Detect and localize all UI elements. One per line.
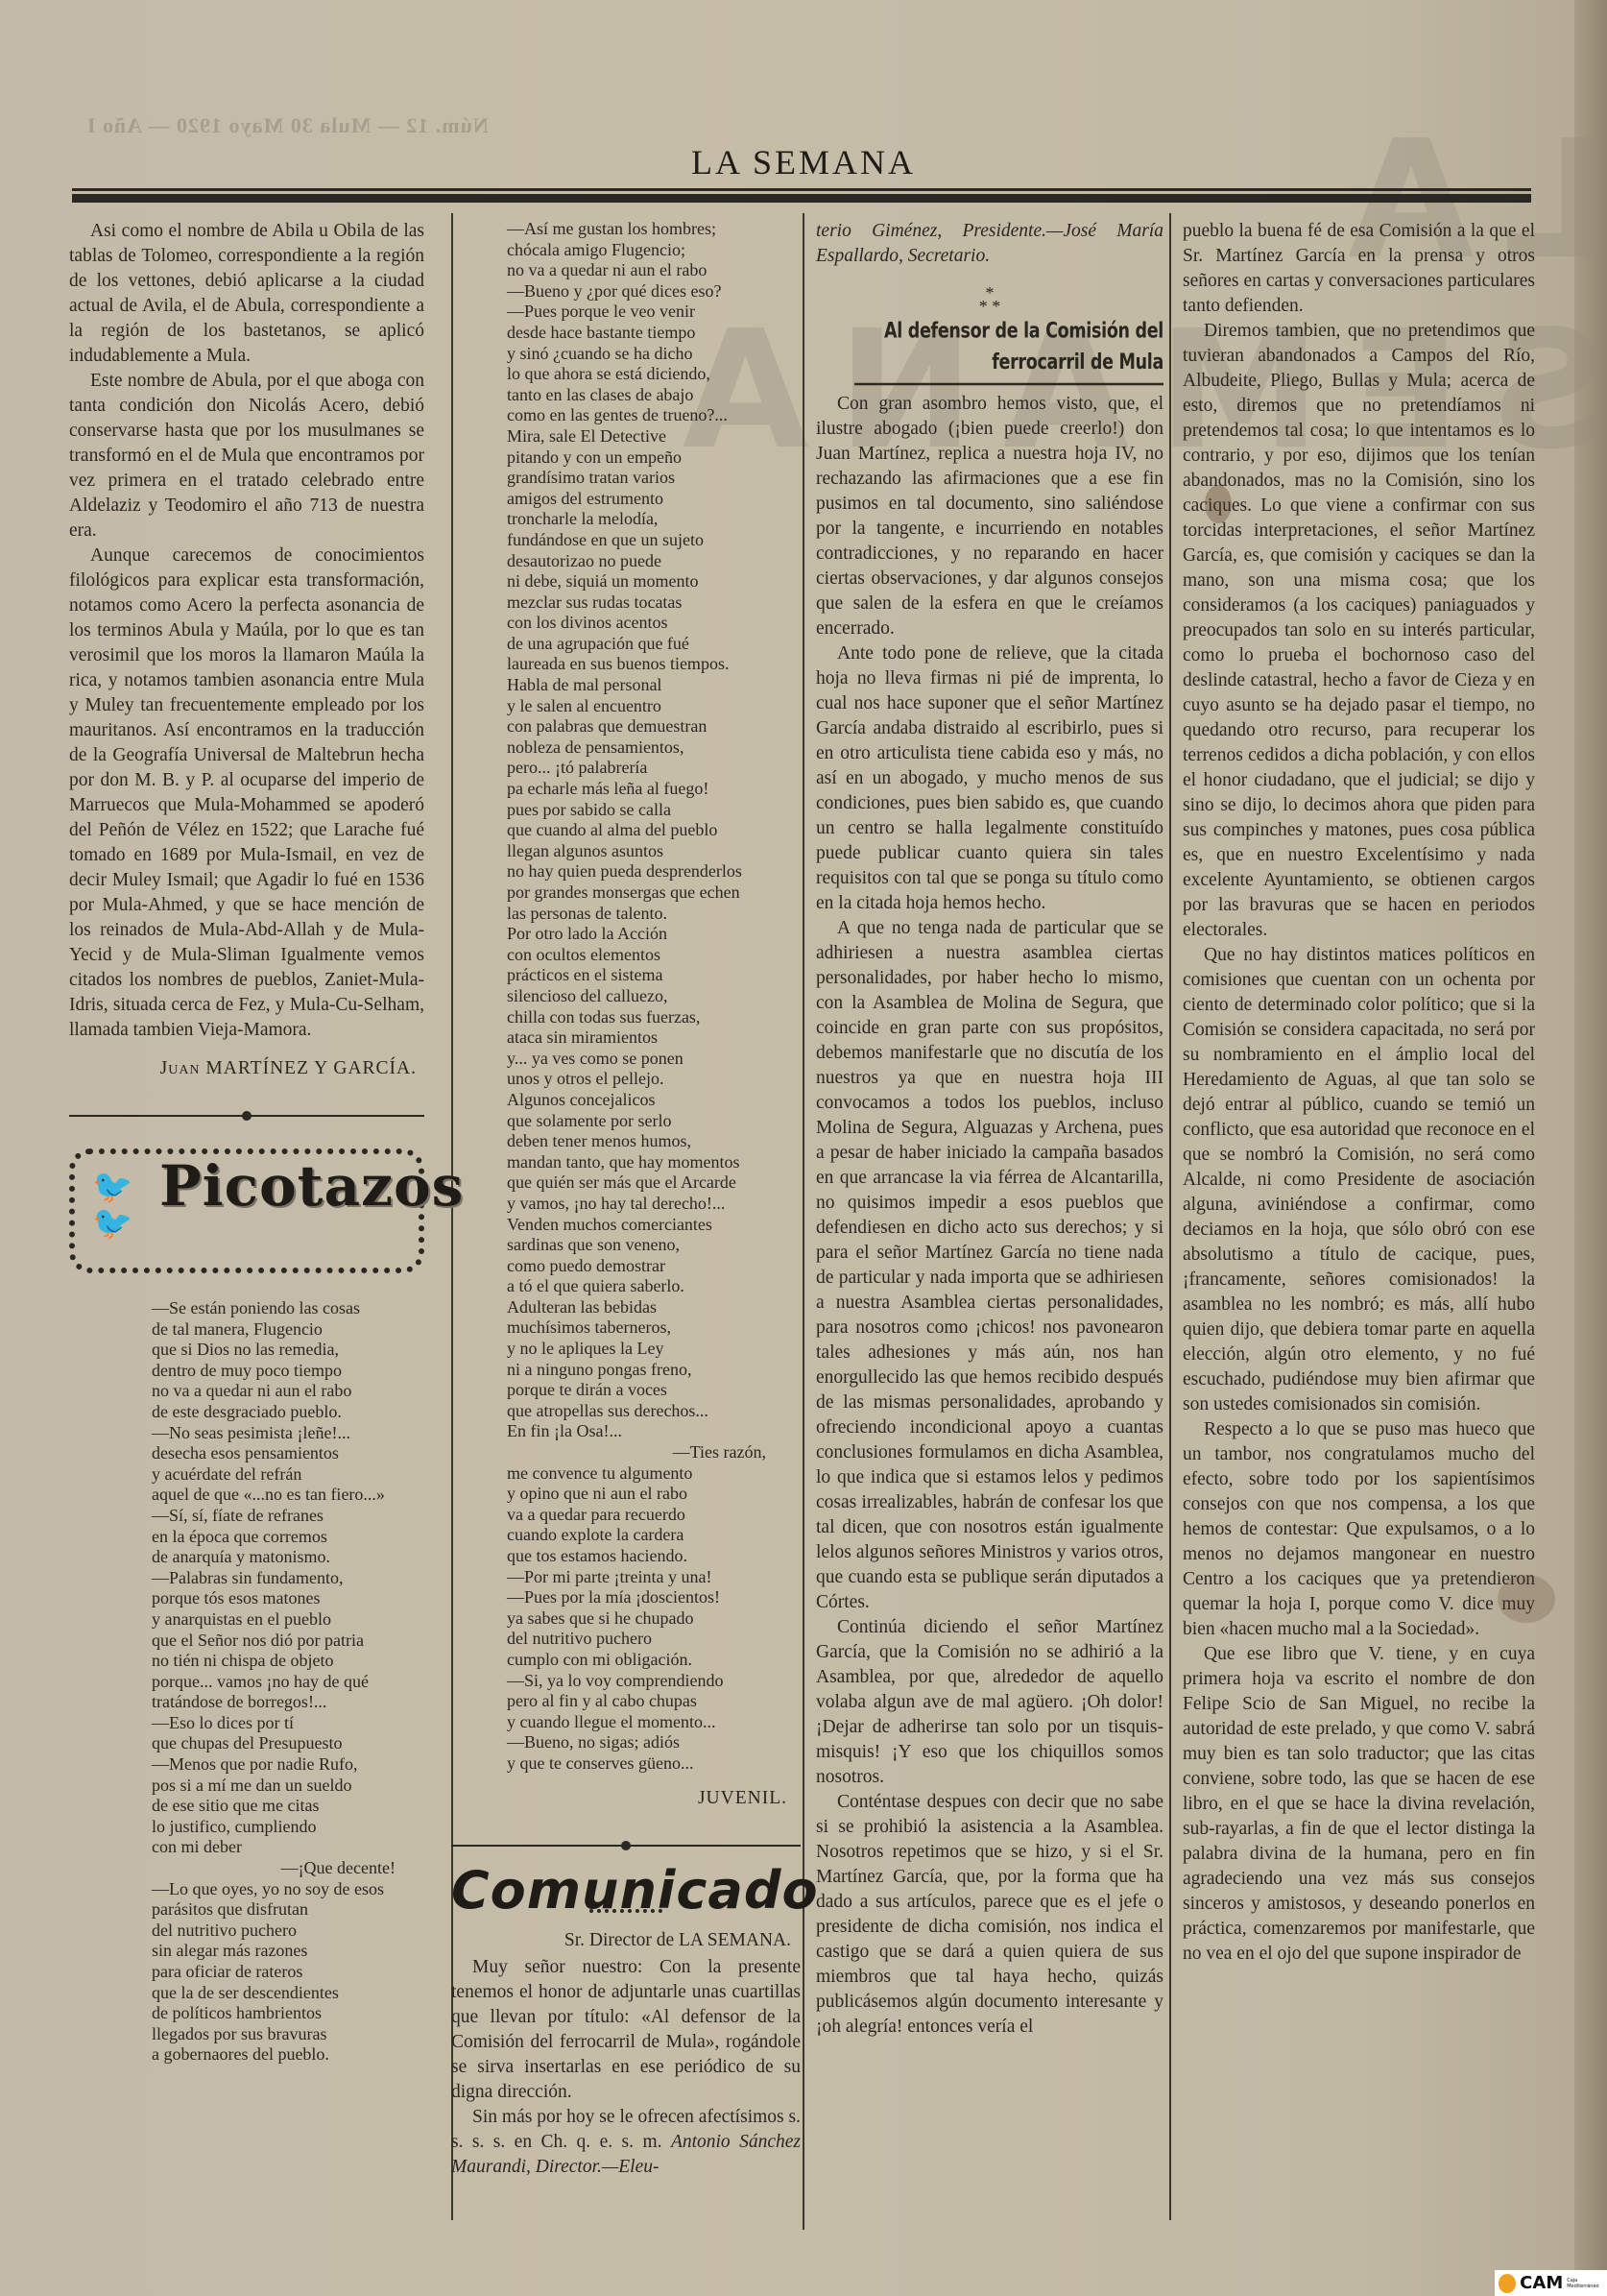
verse-line: —Bueno y ¿por qué dices eso? [507,281,795,302]
verse-line: y opino que ni aun el rabo [507,1484,795,1505]
verse-line: —Si, ya lo voy comprendiendo [507,1671,795,1692]
verse-line: sardinas que son veneno, [507,1235,795,1256]
verse-line: muchísimos taberneros, [507,1317,795,1339]
masthead-rule-thick [72,194,1531,203]
verse-line: para oficiar de rateros [152,1962,424,1983]
verse-line: no tién ni chispa de objeto [152,1651,424,1672]
verse-line: aquel de que «...no es tan fiero...» [152,1485,424,1506]
verse-line: ni debe, siquiá un momento [507,571,795,592]
verse-line: Adulteran las bebidas [507,1297,795,1318]
article-paragraph: Con gran asombro hemos visto, que, el il… [816,392,1163,641]
cam-watermark-logo: CAM Caja Mediterráneo [1495,2270,1607,2296]
verse-line: —¡Que decente! [152,1858,424,1879]
masthead-title: LA SEMANA [0,142,1607,182]
verse-line: —Lo que oyes, yo no soy de esos [152,1879,424,1900]
verse-line: que la de ser descendientes [152,1983,424,2004]
verse-line: y no le apliques la Ley [507,1339,795,1360]
article-paragraph: pueblo la buena fé de esa Comisión a la … [1183,219,1535,319]
asterism-divider: ** * [816,286,1163,313]
verse-line: desde hace bastante tiempo [507,323,795,344]
verse-line: llegados por sus bravuras [152,2024,424,2045]
verse-line: Habla de mal personal [507,675,795,696]
verse-line: y... ya ves como se ponen [507,1049,795,1070]
verse-line: desautorizao no puede [507,551,795,572]
cam-logo-text: CAM [1520,2273,1563,2293]
verse-line: que el Señor nos dió por patria [152,1631,424,1652]
column-3: terio Giménez, Presidente.—José María Es… [816,219,1163,2040]
verse-line: pitando y con un empeño [507,447,795,469]
verse-line: porque te dirán a voces [507,1380,795,1401]
bird-icon: 🐦🐦 [92,1170,132,1243]
verse-line: va a quedar para recuerdo [507,1505,795,1526]
verse-line: pero al fin y al cabo chupas [507,1691,795,1712]
verse-line: por grandes monsergas que echen [507,882,795,904]
verse-line: que quién ser más que el Arcarde [507,1172,795,1194]
verse-line: Mira, sale El Detective [507,426,795,447]
article-paragraph: Ante todo pone de relieve, que la citada… [816,641,1163,916]
verse-line: —Ties razón, [507,1442,795,1463]
verse-line: con mi deber [152,1837,424,1858]
verse-line: pa echarle más leña al fuego! [507,779,795,800]
verse-line: como en las gentes de trueno?... [507,405,795,426]
verse-line: pos si a mí me dan un sueldo [152,1776,424,1797]
cam-logo-icon [1499,2274,1516,2293]
paper-stain [1498,1575,1555,1623]
letter-addressee: Sr. Director de LA SEMANA. [451,1928,801,1953]
article-paragraph: Diremos tambien, que no pretendimos que … [1183,319,1535,943]
verse-line: En fin ¡la Osa!... [507,1421,795,1442]
verse-line: cumplo con mi obligación. [507,1650,795,1671]
verse-line: tanto en las clases de abajo [507,385,795,406]
masthead-rule-thin [72,188,1531,191]
verse-line: que si Dios no las remedia, [152,1340,424,1361]
verse-line: de anarquía y matonismo. [152,1547,424,1568]
article-paragraph: Que ese libro que V. tiene, y en cuya pr… [1183,1642,1535,1967]
verse-line: lo justifico, cumpliendo [152,1817,424,1838]
verse-line: fundándose en que un sujeto [507,530,795,551]
verse-line: cuando explote la cardera [507,1525,795,1546]
verse-line: tratándose de borregos!... [152,1692,424,1713]
ornamental-divider [69,1110,424,1122]
article-paragraph: Continúa diciendo el señor Martínez Garc… [816,1615,1163,1790]
verse-line: a gobernaores del pueblo. [152,2044,424,2066]
verse-line: y acuérdate del refrán [152,1464,424,1486]
verse-line: —Se están poniendo las cosas [152,1298,424,1319]
verse-line: parásitos que disfrutan [152,1899,424,1921]
verse-line: del nutritivo puchero [507,1629,795,1650]
verse-line: llegan algunos asuntos [507,841,795,862]
verse-line: desecha esos pensamientos [152,1443,424,1464]
verse-line: no va a quedar ni aun el rabo [507,260,795,281]
verse-line: de tal manera, Flugencio [152,1319,424,1341]
verse-line: pero... ¡tó palabrería [507,758,795,779]
verse-line: en la época que corremos [152,1527,424,1548]
verse-line: grandísimo tratan varios [507,468,795,489]
verse-line: con ocultos elementos [507,945,795,966]
verse-line: con palabras que demuestran [507,716,795,737]
verse-line: Venden muchos comerciantes [507,1215,795,1236]
article-paragraph: A que no tenga nada de particular que se… [816,916,1163,1615]
picotazos-header: 🐦🐦 Picotazos [69,1148,424,1273]
article-signature: Juan MARTÍNEZ Y GARCÍA. [69,1056,424,1081]
article-paragraph: Conténtase despues con decir que no sabe… [816,1790,1163,2040]
verse-line: que tos estamos haciendo. [507,1546,795,1567]
picotazos-verse: —Se están poniendo las cosasde tal maner… [152,1298,424,2066]
verse-line: y sinó ¿cuando se ha dicho [507,344,795,365]
verse-line: y vamos, ¡no hay tal derecho!... [507,1194,795,1215]
cam-logo-subtext: Caja Mediterráneo [1567,2278,1607,2289]
verse-line: como puedo demostrar [507,1256,795,1277]
section-title: Comunicado [451,1878,801,1903]
verse-line: porque... vamos ¡no hay de qué [152,1672,424,1693]
column-divider [803,213,804,2230]
verse-line: del nutritivo puchero [152,1921,424,1942]
verse-line: y le salen al encuentro [507,696,795,717]
verse-line: que cuando al alma del pueblo [507,820,795,841]
bleed-through-issue-line: Núm. 12 — Mula 30 Mayo 1920 — Año I [86,113,489,138]
verse-line: y cuando llegue el momento... [507,1712,795,1733]
verse-line: las personas de talento. [507,904,795,925]
paper-stain [1205,485,1232,523]
letter-paragraph: Sin más por hoy se le ofrecen afectísimo… [451,2105,801,2180]
article-title: Al defensor de la Comisión del ferrocarr… [854,316,1163,386]
verse-line: Por otro lado la Acción [507,924,795,945]
column-divider [1169,213,1171,2220]
verse-line: —Pues porque le veo venir [507,302,795,323]
verse-line: de este desgraciado pueblo. [152,1402,424,1423]
verse-line: lo que ahora se está diciendo, [507,364,795,385]
verse-line: —Menos que por nadie Rufo, [152,1754,424,1776]
verse-signature: JUVENIL. [507,1786,795,1811]
verse-line: que solamente por serlo [507,1111,795,1132]
verse-line: que atropellas sus derechos... [507,1401,795,1422]
verse-line: ataca sin miramientos [507,1027,795,1049]
verse-line: no hay quien pueda desprenderlos [507,861,795,882]
verse-line: —Eso lo dices por tí [152,1713,424,1734]
verse-line: de una agrupación que fué [507,634,795,655]
verse-line: a tó el que quiera saberlo. [507,1276,795,1297]
verse-line: pues por sabido se calla [507,800,795,821]
verse-line: sin alegar más razones [152,1941,424,1962]
verse-line: dentro de muy poco tiempo [152,1361,424,1382]
verse-line: chócala amigo Flugencio; [507,240,795,261]
verse-line: no va a quedar ni aun el rabo [152,1381,424,1402]
verse-line: troncharle la melodía, [507,509,795,530]
verse-line: unos y otros el pellejo. [507,1069,795,1090]
column-1: Asi como el nombre de Abila u Obila de l… [69,219,424,2066]
article-paragraph: Aunque carecemos de conocimientos filoló… [69,544,424,1043]
verse-line: silencioso del calluezo, [507,986,795,1007]
comunicado-section: Comunicado Sr. Director de LA SEMANA. Mu… [451,1878,801,2180]
verse-line: porque tós esos matones [152,1588,424,1609]
ornamental-divider [451,1840,801,1851]
verse-line: —Palabras sin fundamento, [152,1568,424,1589]
article-paragraph: Respecto a lo que se puso mas hueco que … [1183,1417,1535,1642]
column-4: pueblo la buena fé de esa Comisión a la … [1183,219,1535,1967]
verse-line: laureada en sus buenos tiempos. [507,654,795,675]
article-paragraph: Este nombre de Abula, por el que aboga c… [69,369,424,544]
letter-paragraph: Muy señor nuestro: Con la presente tenem… [451,1955,801,2105]
verse-line: ni a ninguno pongas freno, [507,1360,795,1381]
verse-line: y que te conserves güeno... [507,1753,795,1775]
verse-line: que chupas del Presupuesto [152,1733,424,1754]
verse-line: amigos del estrumento [507,489,795,510]
verse-line: —Por mi parte ¡treinta y una! [507,1567,795,1588]
verse-line: con los divinos acentos [507,613,795,634]
article-paragraph: Asi como el nombre de Abila u Obila de l… [69,219,424,369]
verse-line: —No seas pesimista ¡leñe!... [152,1423,424,1444]
verse-line: me convence tu algumento [507,1463,795,1485]
verse-line: prácticos en el sistema [507,965,795,986]
verse-line: —Pues por la mía ¡doscientos! [507,1587,795,1608]
verse-line: y anarquistas en el pueblo [152,1609,424,1631]
verse-line: deben tener menos humos, [507,1131,795,1152]
verse-line: mandan tanto, que hay momentos [507,1152,795,1173]
section-title: Picotazos [159,1173,464,1198]
verse-line: —Sí, sí, fíate de refranes [152,1506,424,1527]
verse-line: mezclar sus rudas tocatas [507,592,795,614]
letter-signers-continued: terio Giménez, Presidente.—José María Es… [816,219,1163,269]
verse-line: de ese sitio que me citas [152,1796,424,1817]
verse-line: —Así me gustan los hombres; [507,219,795,240]
article-paragraph: Que no hay distintos matices políticos e… [1183,943,1535,1417]
verse-line: de políticos hambrientos [152,2003,424,2024]
column-2: —Así me gustan los hombres;chócala amigo… [507,219,795,2180]
verse-line: ya sabes que si he chupado [507,1608,795,1630]
verse-line: —Bueno, no sigas; adiós [507,1732,795,1753]
verse-line: nobleza de pensamientos, [507,737,795,759]
dialogue-verse: —Así me gustan los hombres;chócala amigo… [507,219,795,1775]
verse-line: chilla con todas sus fuerzas, [507,1007,795,1028]
verse-line: Algunos concejalicos [507,1090,795,1111]
